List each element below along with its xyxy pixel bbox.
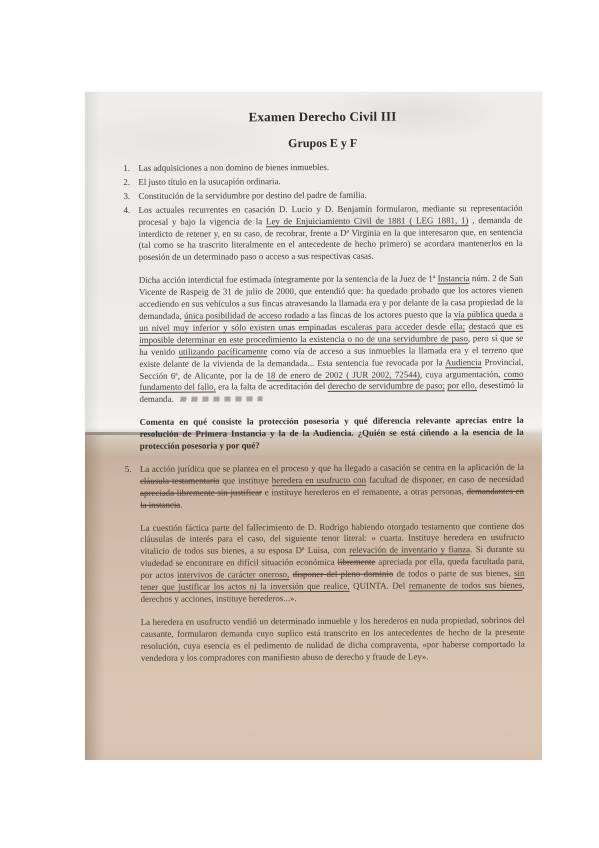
scan-canvas: Examen Derecho Civil III Grupos E y F 1.… [0,0,599,848]
exam-question-2: 2. El justo título en la usucapión ordin… [123,175,522,189]
paper-edge-shade [85,92,99,432]
exam-question-3: 3. Constitución de la servidumbre por de… [123,189,522,203]
question-text: Los actuales recurrentes en casación D. … [138,203,522,265]
question-number: 4. [123,205,130,217]
question-4-case-paragraph: Dicha acción interdictal fue estimada ín… [139,273,524,406]
question-5-paragraph-1: La cuestión fáctica parte del fallecimie… [140,520,524,605]
exam-question-5: 5. La acción jurídica que se plantea en … [125,462,524,512]
question-text: Las adquisiciones a non domino de bienes… [138,161,522,175]
exam-question-list-2: 5. La acción jurídica que se plantea en … [125,462,524,512]
exam-question-list: 1. Las adquisiciones a non domino de bie… [123,161,523,264]
question-number: 1. [123,163,130,175]
page-curl-shadow [85,435,105,760]
question-5-paragraph-2: La heredera en usufructo vendió un deter… [141,615,525,665]
exam-question-1: 1. Las adquisiciones a non domino de bie… [123,161,522,175]
question-prompt: Comenta en qué consiste la protección po… [140,415,524,453]
exam-subtitle: Grupos E y F [123,135,522,152]
photo-of-exam-paper: Examen Derecho Civil III Grupos E y F 1.… [85,92,542,760]
question-number: 5. [125,464,132,476]
question-number: 2. [123,177,130,189]
question-number: 3. [123,191,130,203]
exam-document: Examen Derecho Civil III Grupos E y F 1.… [123,108,525,665]
question-text: Constitución de la servidumbre por desti… [138,189,522,203]
question-text: El justo título en la usucapión ordinari… [138,175,522,189]
exam-question-4: 4. Los actuales recurrentes en casación … [123,203,522,265]
exam-title: Examen Derecho Civil III [123,108,522,126]
question-text: La acción jurídica que se plantea en el … [140,462,524,512]
